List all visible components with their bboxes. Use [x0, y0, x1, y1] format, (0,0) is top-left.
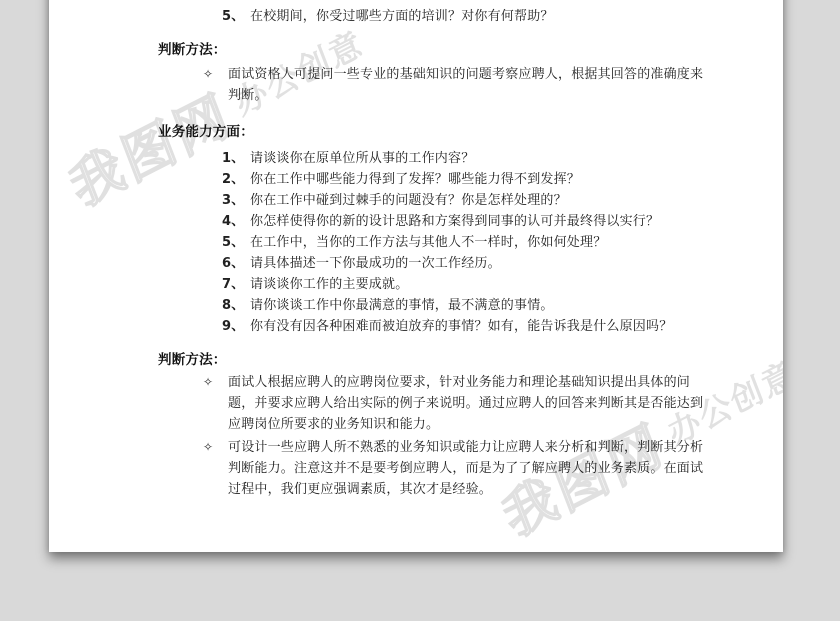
- numbered-item: 2、 你在工作中哪些能力得到了发挥？哪些能力得不到发挥？: [49, 169, 711, 190]
- document-page: 我图网 办公创意 我图网 办公创意 5、 在校期间，你受过哪些方面的培训？对你有…: [49, 0, 783, 552]
- numbered-item: 1、 请谈谈你在原单位所从事的工作内容？: [49, 148, 711, 169]
- numbered-item: 8、 请你谈谈工作中你最满意的事情，最不满意的事情。: [49, 295, 711, 316]
- diamond-bullet-icon: ✧: [203, 437, 228, 500]
- item-text: 在校期间，你受过哪些方面的培训？对你有何帮助？: [250, 6, 711, 27]
- item-number: 1、: [222, 148, 250, 169]
- bullet-text: 可设计一些应聘人所不熟悉的业务知识或能力让应聘人来分析和判断，判断其分析判断能力…: [228, 437, 711, 500]
- numbered-item: 3、 你在工作中碰到过棘手的问题没有？你是怎样处理的？: [49, 190, 711, 211]
- bullet-text: 面试人根据应聘人的应聘岗位要求，针对业务能力和理论基础知识提出具体的问题，并要求…: [228, 372, 711, 435]
- bullet-item: ✧ 可设计一些应聘人所不熟悉的业务知识或能力让应聘人来分析和判断，判断其分析判断…: [49, 437, 711, 500]
- numbered-item: 5、 在校期间，你受过哪些方面的培训？对你有何帮助？: [49, 6, 711, 27]
- diamond-bullet-icon: ✧: [203, 64, 228, 106]
- item-number: 9、: [222, 316, 250, 337]
- item-text: 请谈谈你在原单位所从事的工作内容？: [250, 148, 711, 169]
- item-text: 请谈谈你工作的主要成就。: [250, 274, 711, 295]
- numbered-item: 6、 请具体描述一下你最成功的一次工作经历。: [49, 253, 711, 274]
- item-text: 请你谈谈工作中你最满意的事情，最不满意的事情。: [250, 295, 711, 316]
- item-number: 5、: [222, 6, 250, 27]
- bullet-item: ✧ 面试人根据应聘人的应聘岗位要求，针对业务能力和理论基础知识提出具体的问题，并…: [49, 372, 711, 435]
- bullet-text: 面试资格人可提问一些专业的基础知识的问题考察应聘人，根据其回答的准确度来判断。: [228, 64, 711, 106]
- numbered-item: 9、 你有没有因各种困难而被迫放弃的事情？如有，能告诉我是什么原因吗？: [49, 316, 711, 337]
- item-text: 你在工作中碰到过棘手的问题没有？你是怎样处理的？: [250, 190, 711, 211]
- numbered-item: 7、 请谈谈你工作的主要成就。: [49, 274, 711, 295]
- item-text: 在工作中，当你的工作方法与其他人不一样时，你如何处理？: [250, 232, 711, 253]
- item-text: 你有没有因各种困难而被迫放弃的事情？如有，能告诉我是什么原因吗？: [250, 316, 711, 337]
- item-number: 7、: [222, 274, 250, 295]
- item-number: 6、: [222, 253, 250, 274]
- numbered-item: 4、 你怎样使得你的新的设计思路和方案得到同事的认可并最终得以实行？: [49, 211, 711, 232]
- item-text: 你怎样使得你的新的设计思路和方案得到同事的认可并最终得以实行？: [250, 211, 711, 232]
- item-number: 4、: [222, 211, 250, 232]
- numbered-list: 1、 请谈谈你在原单位所从事的工作内容？ 2、 你在工作中哪些能力得到了发挥？哪…: [49, 148, 711, 337]
- document-body: 5、 在校期间，你受过哪些方面的培训？对你有何帮助？ 判断方法： ✧ 面试资格人…: [49, 0, 783, 500]
- bullet-item: ✧ 面试资格人可提问一些专业的基础知识的问题考察应聘人，根据其回答的准确度来判断…: [49, 64, 711, 106]
- item-number: 5、: [222, 232, 250, 253]
- item-number: 8、: [222, 295, 250, 316]
- section-heading: 判断方法：: [158, 40, 711, 61]
- item-number: 2、: [222, 169, 250, 190]
- item-text: 请具体描述一下你最成功的一次工作经历。: [250, 253, 711, 274]
- item-text: 你在工作中哪些能力得到了发挥？哪些能力得不到发挥？: [250, 169, 711, 190]
- section-heading: 判断方法：: [158, 350, 711, 371]
- diamond-bullet-icon: ✧: [203, 372, 228, 435]
- numbered-item: 5、 在工作中，当你的工作方法与其他人不一样时，你如何处理？: [49, 232, 711, 253]
- section-heading: 业务能力方面：: [158, 122, 711, 143]
- item-number: 3、: [222, 190, 250, 211]
